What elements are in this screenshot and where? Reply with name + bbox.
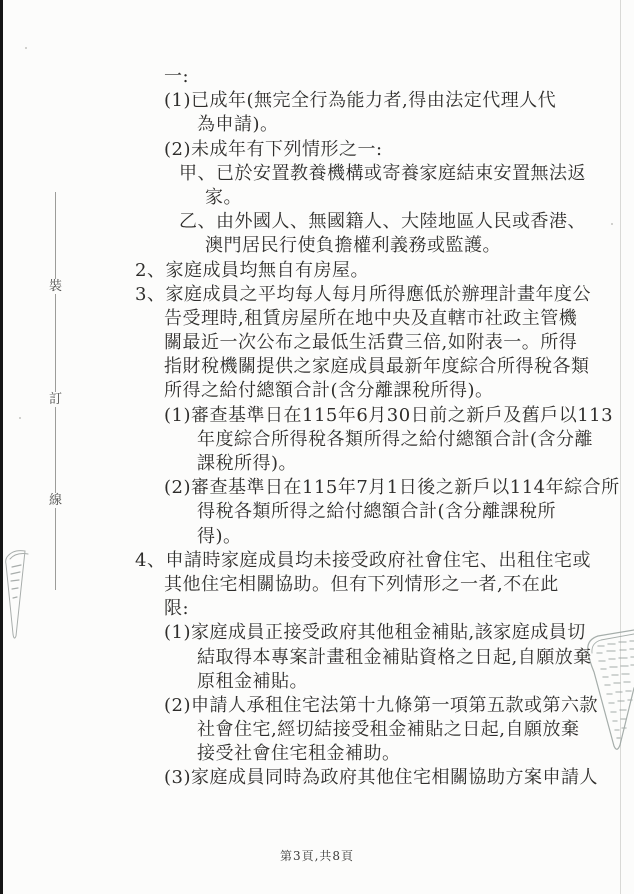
document-line: 接受社會住宅租金補助。 [0, 742, 634, 766]
document-line: (1)已成年(無完全行為能力者,得由法定代理人代 [0, 89, 634, 113]
document-line: 年度綜合所得稅各類所得之給付總額合計(含分離 [0, 428, 634, 452]
document-line: 3、家庭成員之平均每人每月所得應低於辦理計畫年度公 [0, 283, 634, 307]
document-line: 告受理時,租賃房屋所在地中央及直轄市社政主管機 [0, 307, 634, 331]
scanned-document-page: { "colors": { "paper": "#fcfcfb", "text"… [0, 0, 634, 894]
document-line: 澳門居民行使負擔權利義務或監護。 [0, 234, 634, 258]
document-line: 關最近一次公布之最低生活費三倍,如附表一。所得 [0, 331, 634, 355]
document-line: 乙、由外國人、無國籍人、大陸地區人民或香港、 [0, 210, 634, 234]
document-line: 社會住宅,經切結接受租金補貼之日起,自願放棄 [0, 718, 634, 742]
document-line: 原租金補貼。 [0, 670, 634, 694]
page-number: 第3頁,共8頁 [0, 847, 634, 864]
document-line: 限: [0, 597, 634, 621]
document-line: 家。 [0, 186, 634, 210]
document-line: 指財稅機關提供之家庭成員最新年度綜合所得稅各類 [0, 355, 634, 379]
document-line: (2)申請人承租住宅法第十九條第一項第五款或第六款 [0, 694, 634, 718]
document-body: 一:(1)已成年(無完全行為能力者,得由法定代理人代為申請)。(2)未成年有下列… [0, 65, 634, 791]
document-line: (1)審查基準日在115年6月30日前之新戶及舊戶以113 [0, 404, 634, 428]
document-line: 結取得本專案計畫租金補貼資格之日起,自願放棄 [0, 646, 634, 670]
document-line: 2、家庭成員均無自有房屋。 [0, 259, 634, 283]
document-line: 為申請)。 [0, 113, 634, 137]
document-line: 4、申請時家庭成員均未接受政府社會住宅、出租住宅或 [0, 549, 634, 573]
document-line: 得)。 [0, 525, 634, 549]
document-line: (2)未成年有下列情形之一: [0, 138, 634, 162]
document-line: (2)審查基準日在115年7月1日後之新戶以114年綜合所 [0, 476, 634, 500]
document-line: 一: [0, 65, 634, 89]
document-line: 其他住宅相關協助。但有下列情形之一者,不在此 [0, 573, 634, 597]
document-line: (1)家庭成員正接受政府其他租金補貼,該家庭成員切 [0, 621, 634, 645]
scan-speck [25, 47, 27, 49]
document-line: 所得之給付總額合計(含分離課稅所得)。 [0, 379, 634, 403]
document-line: 得稅各類所得之給付總額合計(含分離課稅所 [0, 500, 634, 524]
document-line: 甲、已於安置教養機構或寄養家庭結束安置無法返 [0, 162, 634, 186]
document-line: 課稅所得)。 [0, 452, 634, 476]
document-line: (3)家庭成員同時為政府其他住宅相關協助方案申請人 [0, 766, 634, 790]
